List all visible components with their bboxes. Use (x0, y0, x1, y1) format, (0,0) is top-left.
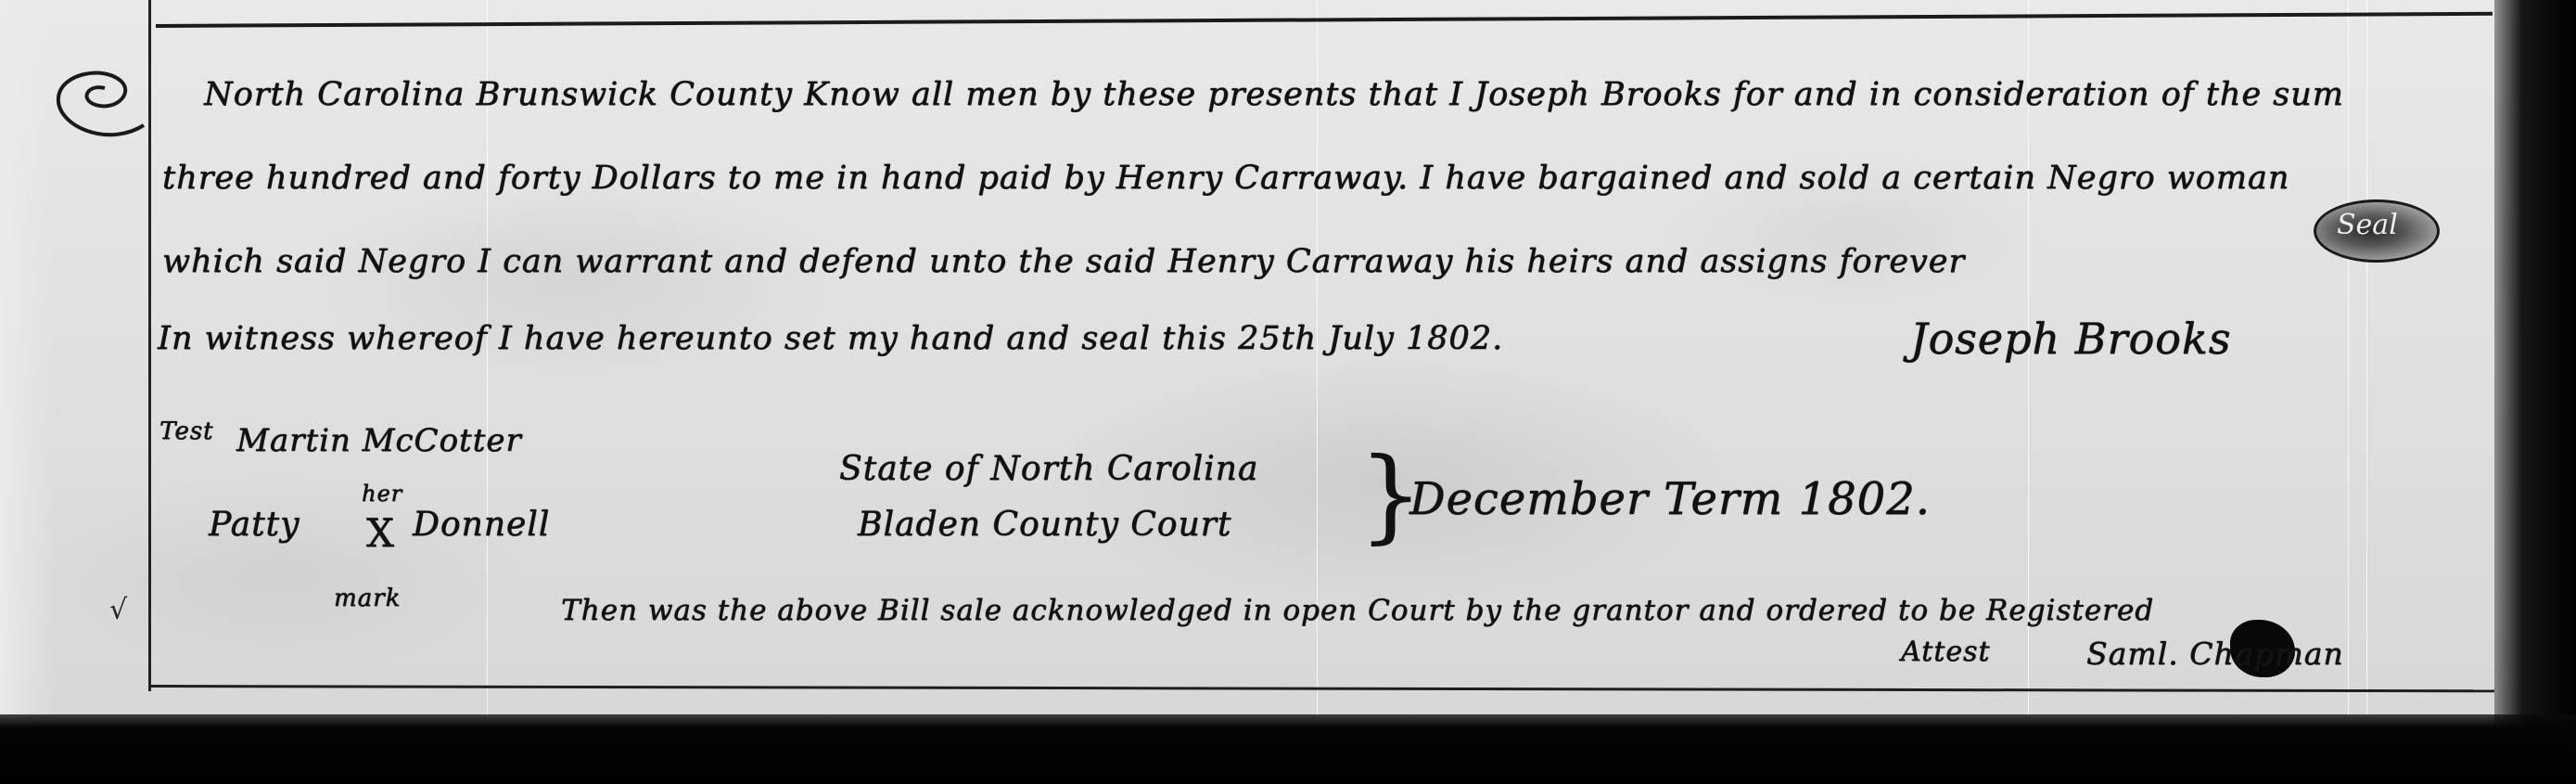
scan-edge-bottom (0, 714, 2576, 784)
scan-streak (2348, 0, 2349, 719)
ruled-line-top (156, 12, 2493, 28)
court-term: December Term 1802. (1409, 473, 1931, 525)
deed-line-3: which said Negro I can warrant and defen… (162, 243, 1965, 280)
witness-label: Test (159, 418, 214, 445)
document-page: √ North Carolina Brunswick County Know a… (0, 0, 2576, 784)
witness-2-x-mark-icon: X (366, 510, 395, 556)
witness-2-last-name: Donnell (413, 506, 550, 544)
margin-flourish-icon (51, 60, 153, 139)
margin-check-mark: √ (109, 594, 127, 626)
court-county: Bladen County Court (858, 506, 1231, 544)
deed-line-4: In witness whereof I have hereunto set m… (158, 320, 1503, 357)
witness-2-her: her (362, 481, 402, 507)
ruled-line-bottom (148, 685, 2494, 692)
grantor-signature: Joseph Brooks (1910, 314, 2231, 364)
clerk-signature: Saml. Chapman (2086, 636, 2344, 672)
witness-1-signature: Martin McCotter (236, 422, 522, 459)
witness-2-first-name: Patty (209, 506, 300, 544)
scan-streak (2366, 0, 2367, 719)
scan-edge-right (2494, 0, 2576, 784)
deed-line-2: three hundred and forty Dollars to me in… (162, 160, 2289, 197)
seal-label: Seal (2337, 209, 2398, 241)
attest-label: Attest (1901, 636, 1990, 668)
witness-2-mark-label: mark (334, 585, 401, 612)
scan-edge-left (0, 0, 56, 784)
acknowledgement-line: Then was the above Bill sale acknowledge… (561, 594, 2154, 627)
deed-line-1: North Carolina Brunswick County Know all… (204, 76, 2344, 113)
court-state: State of North Carolina (839, 450, 1258, 488)
